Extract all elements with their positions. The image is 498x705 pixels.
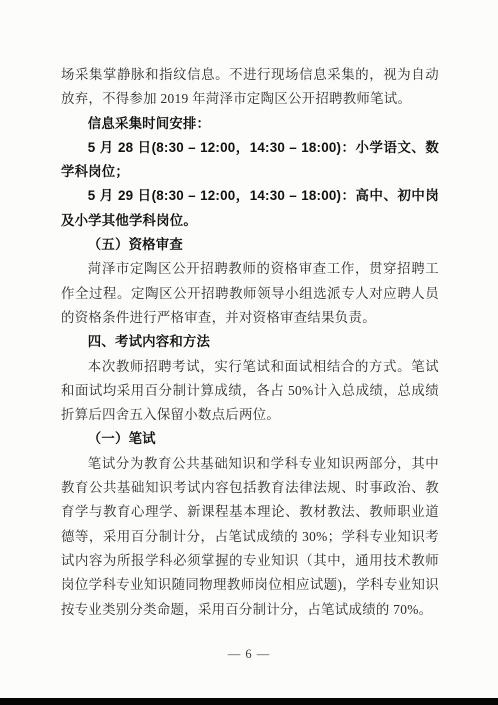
para-written-test-line-6: 岗位学科专业知识随同物理教师岗位相应试题)，学科专业知识: [61, 573, 439, 597]
para-qualification-line-2: 作全过程。定陶区公开招聘教师领导小组选派专人对应聘人员: [61, 282, 439, 306]
para-written-test-line-2: 教育公共基础知识考试内容包括教育法律法规、时事政治、教: [61, 476, 439, 500]
schedule-may29-line-1: 5 月 29 日(8:30 – 12:00，14:30 – 18:00)：高中、…: [61, 184, 439, 208]
para-exam-method-line-1: 本次教师招聘考试，实行笔试和面试相结合的方式。笔试: [61, 355, 439, 379]
heading-written-test: （一）笔试: [61, 427, 439, 451]
para-exam-method-line-2: 和面试均采用百分制计算成绩，各占 50%计入总成绩，总成绩: [61, 379, 439, 403]
para-exam-method-line-3: 折算后四舍五入保留小数点后两位。: [61, 403, 439, 427]
document-body: 场采集掌静脉和指纹信息。不进行现场信息采集的，视为自动 放弃，不得参加 2019…: [61, 63, 439, 622]
heading-exam-content-method: 四、考试内容和方法: [61, 330, 439, 354]
para-written-test-line-3: 育学与教育心理学、新课程基本理论、教材教法、教师职业道: [61, 500, 439, 524]
para-written-test-line-5: 试内容为所报学科必须掌握的专业知识（其中，通用技术教师: [61, 549, 439, 573]
heading-qualification-review: （五）资格审查: [61, 233, 439, 257]
para-written-test-line-4: 德等，采用百分制计分，占笔试成绩的 30%；学科专业知识考: [61, 525, 439, 549]
schedule-may28-line-1: 5 月 28 日(8:30 – 12:00，14:30 – 18:00)：小学语…: [61, 136, 439, 160]
schedule-may29-line-2: 及小学其他学科岗位。: [61, 209, 439, 233]
para-written-test-line-1: 笔试分为教育公共基础知识和学科专业知识两部分，其中: [61, 452, 439, 476]
para-onsite-collection-line-2: 放弃，不得参加 2019 年菏泽市定陶区公开招聘教师笔试。: [61, 87, 439, 111]
para-qualification-line-1: 菏泽市定陶区公开招聘教师的资格审查工作，贯穿招聘工: [61, 257, 439, 281]
para-qualification-line-3: 的资格条件进行严格审查，并对资格审查结果负责。: [61, 306, 439, 330]
para-onsite-collection-line-1: 场采集掌静脉和指纹信息。不进行现场信息采集的，视为自动: [61, 63, 439, 87]
para-written-test-line-7: 按专业类别分类命题，采用百分制计分，占笔试成绩的 70%。: [61, 598, 439, 622]
scan-edge-bar: [0, 698, 498, 705]
page-number: — 6 —: [0, 644, 498, 664]
document-page: 场采集掌静脉和指纹信息。不进行现场信息采集的，视为自动 放弃，不得参加 2019…: [0, 0, 498, 705]
schedule-may28-line-2: 学科岗位；: [61, 160, 439, 184]
heading-collection-time: 信息采集时间安排：: [61, 112, 439, 136]
